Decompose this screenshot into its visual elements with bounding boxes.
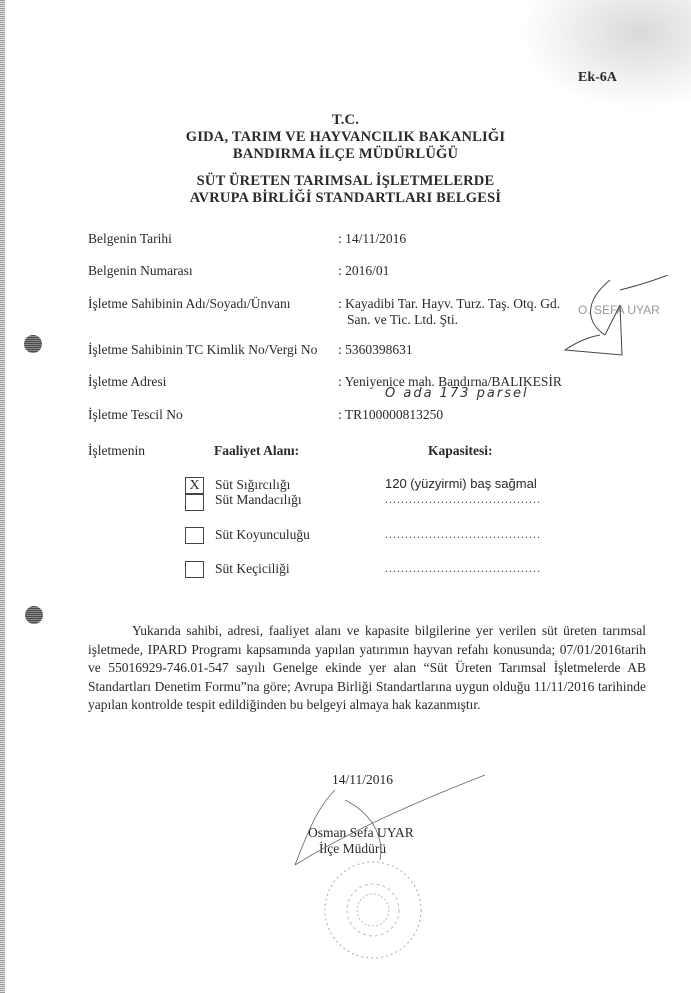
field-value-registration: : TR100000813250: [338, 407, 443, 423]
activity-sheep: Süt Koyunculuğu: [215, 527, 310, 543]
field-value-tax-id: : 5360398631: [338, 342, 413, 358]
document-page: Ek-6A T.C. GIDA, TARIM VE HAYVANCILIK BA…: [0, 0, 691, 993]
document-title-line-1: SÜT ÜRETEN TARIMSAL İŞLETMELERDE: [0, 173, 691, 190]
handwritten-parcel-note: O ada 173 parsel: [385, 386, 529, 401]
field-label-address: İşletme Adresi: [88, 374, 166, 390]
certification-paragraph: Yukarıda sahibi, adresi, faaliyet alanı …: [88, 622, 646, 715]
header-line-1: T.C.: [0, 112, 691, 129]
capacity-dairy-cattle: 120 (yüzyirmi) baş sağmal: [385, 476, 537, 491]
activity-column-header: Faaliyet Alanı:: [214, 443, 299, 459]
field-label-tax-id: İşletme Sahibinin TC Kimlik No/Vergi No: [88, 342, 317, 358]
capacity-column-header: Kapasitesi:: [428, 443, 493, 459]
activity-buffalo: Süt Mandacılığı: [215, 492, 302, 508]
checkbox-sheep[interactable]: [185, 527, 204, 544]
header-ministry: GIDA, TARIM VE HAYVANCILIK BAKANLIĞI: [0, 129, 691, 146]
capacity-buffalo: .......................................: [385, 492, 541, 507]
activity-dairy-cattle: Süt Sığırcılığı: [215, 477, 290, 493]
checkbox-buffalo[interactable]: [185, 494, 204, 511]
capacity-goat: .......................................: [385, 561, 541, 576]
field-label-registration: İşletme Tescil No: [88, 407, 183, 423]
side-signature-scribble-icon: [560, 275, 670, 365]
field-value-owner: : Kayadibi Tar. Hayv. Turz. Taş. Otq. Gd…: [338, 296, 560, 312]
activity-goat: Süt Keçiciliği: [215, 561, 290, 577]
certification-text: Yukarıda sahibi, adresi, faaliyet alanı …: [88, 623, 646, 712]
field-value-owner-line2: San. ve Tic. Ltd. Şti.: [347, 312, 458, 328]
checkbox-dairy-cattle[interactable]: X: [185, 477, 204, 494]
annex-label: Ek-6A: [578, 70, 617, 86]
official-seal-icon: [318, 855, 428, 965]
field-value-date: : 14/11/2016: [338, 231, 406, 247]
activity-row-label: İşletmenin: [88, 443, 145, 459]
capacity-sheep: .......................................: [385, 527, 541, 542]
punch-hole-icon: [25, 606, 43, 624]
scan-smudge: [520, 0, 691, 110]
header-directorate: BANDIRMA İLÇE MÜDÜRLÜĞÜ: [0, 146, 691, 163]
field-label-owner: İşletme Sahibinin Adı/Soyadı/Ünvanı: [88, 296, 291, 312]
field-label-date: Belgenin Tarihi: [88, 231, 172, 247]
document-title-line-2: AVRUPA BİRLİĞİ STANDARTLARI BELGESİ: [0, 190, 691, 207]
field-label-number: Belgenin Numarası: [88, 263, 193, 279]
checkbox-goat[interactable]: [185, 561, 204, 578]
field-value-number: : 2016/01: [338, 263, 389, 279]
punch-hole-icon: [24, 335, 42, 353]
